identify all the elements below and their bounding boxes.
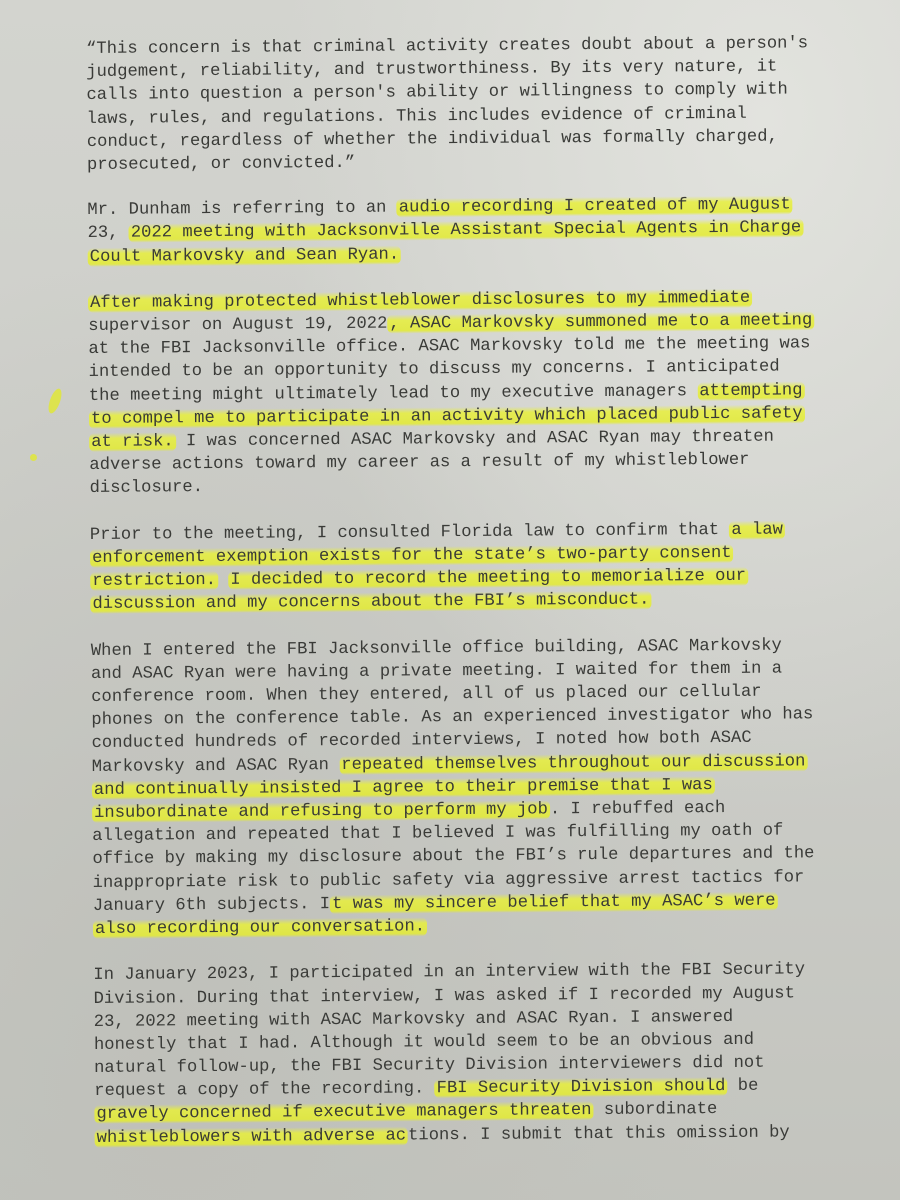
text-segment: tions. I submit that this omission by (408, 1123, 790, 1145)
text-segment: conducted hundreds of recorded interview… (91, 729, 751, 753)
text-segment: 23, 2022 meeting with ASAC Markovsky and… (94, 1008, 734, 1032)
text-line: also recording our conversation. (93, 912, 883, 941)
highlighted-text: at risk. (89, 432, 176, 452)
text-segment: be (727, 1077, 758, 1096)
text-segment: intended to be an opportunity to discuss… (89, 358, 780, 382)
highlighted-text: insubordinate and refusing to perform my… (92, 800, 550, 823)
text-segment: request a copy of the recording. (94, 1080, 435, 1102)
text-segment: honestly that I had. Although it would s… (94, 1031, 754, 1055)
paragraph-disclosures: After making protected whistleblower dis… (88, 286, 880, 501)
text-segment: inappropriate risk to public safety via … (93, 868, 805, 893)
highlighted-text: , ASAC Markovsky summoned me to a meetin… (387, 311, 814, 333)
highlighted-text: gravely concerned if executive managers … (94, 1101, 593, 1124)
paragraph-florida-law: Prior to the meeting, I consulted Florid… (90, 518, 881, 617)
text-segment: office by making my disclosure about the… (92, 845, 814, 870)
paragraph-quote: “This concern is that criminal activity … (86, 32, 877, 177)
text-segment: . I rebuffed each (550, 799, 725, 819)
highlighted-text: audio recording I created of my August (397, 196, 793, 218)
highlighted-text: t was my sincere belief that my ASAC’s w… (330, 891, 778, 914)
paragraph-security-division: In January 2023, I participated in an in… (93, 958, 884, 1150)
text-segment: Mr. Dunham is referring to an (87, 199, 397, 220)
text-line: prosecuted, or convicted.” (87, 148, 877, 177)
highlighted-text: FBI Security Division should (435, 1077, 728, 1098)
highlighted-text: Coult Markovsky and Sean Ryan. (88, 245, 402, 266)
paragraph-dunham-reference: Mr. Dunham is referring to an audio reco… (87, 193, 878, 269)
text-segment: and ASAC Ryan were having a private meet… (91, 659, 782, 683)
highlighted-text: discussion and my concerns about the FBI… (90, 591, 651, 614)
highlighted-text: I decided to record the meeting to memor… (228, 567, 748, 590)
text-segment: disclosure. (89, 478, 203, 498)
text-segment: In January 2023, I participated in an in… (93, 961, 805, 986)
text-segment: judgement, reliability, and trustworthin… (86, 58, 777, 82)
highlighted-text: to compel me to participate in an activi… (89, 404, 805, 429)
text-segment: natural follow-up, the FBI Security Divi… (94, 1054, 765, 1078)
text-segment: allegation and repeated that I believed … (92, 822, 783, 846)
text-segment: I was concerned ASAC Markovsky and ASAC … (176, 428, 774, 452)
text-segment: Markovsky and ASAC Ryan (92, 756, 340, 777)
highlighted-text: enforcement exemption exists for the sta… (90, 544, 734, 568)
text-segment: January 6th subjects. I (93, 895, 330, 916)
text-segment: phones on the conference table. As an ex… (91, 706, 813, 731)
text-segment: “This concern is that criminal activity … (86, 34, 808, 59)
text-segment: Division. During that interview, I was a… (93, 984, 795, 1009)
text-segment: subordinate (593, 1101, 717, 1121)
highlighted-text: restriction. (90, 571, 218, 591)
highlighted-text: also recording our conversation. (93, 917, 427, 939)
highlighted-text: attempting (697, 381, 804, 401)
text-line: discussion and my concerns about the FBI… (90, 587, 880, 616)
highlighted-text: After making protected whistleblower dis… (88, 289, 752, 313)
highlighted-text: a law (729, 520, 785, 539)
text-segment: supervisor on August 19, 2022 (88, 315, 387, 336)
highlighted-text: whistleblowers with adverse ac (95, 1126, 409, 1147)
text-segment: laws, rules, and regulations. This inclu… (87, 104, 747, 128)
text-segment: 23, (87, 224, 128, 243)
highlighted-text: repeated themselves throughout our discu… (339, 752, 807, 775)
text-segment: at the FBI Jacksonville office. ASAC Mar… (88, 335, 810, 360)
highlighted-text: 2022 meeting with Jacksonville Assistant… (129, 219, 804, 243)
highlighter-dot (30, 454, 37, 461)
text-segment: When I entered the FBI Jacksonville offi… (91, 636, 782, 660)
text-segment (218, 571, 228, 590)
text-segment: conference room. When they entered, all … (91, 683, 762, 707)
text-segment: prosecuted, or convicted.” (87, 154, 355, 175)
text-segment: Prior to the meeting, I consulted Florid… (90, 521, 730, 545)
highlighted-text: and continually insisted I agree to thei… (92, 776, 715, 800)
paragraph-meeting: When I entered the FBI Jacksonville offi… (91, 633, 883, 941)
text-segment: conduct, regardless of whether the indiv… (87, 127, 778, 151)
text-segment: the meeting might ultimately lead to my … (89, 382, 698, 406)
text-segment: adverse actions toward my career as a re… (89, 451, 749, 475)
document-page: “This concern is that criminal activity … (86, 32, 885, 1173)
text-segment: calls into question a person's ability o… (86, 81, 788, 106)
